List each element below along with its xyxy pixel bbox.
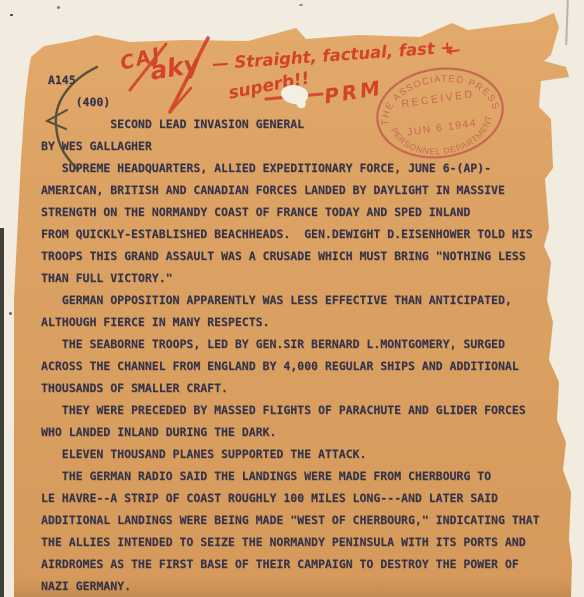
- dust-speck: [10, 14, 13, 16]
- stamp-arc-bottom-text: PERSONNEL DEPARTMENT: [389, 113, 498, 163]
- typed-line: TROOPS THIS GRAND ASSAULT WAS A CRUSADE …: [41, 245, 540, 267]
- typed-line: THE ALLIES INTENDED TO SEIZE THE NORMAND…: [41, 531, 540, 553]
- typed-line: THE SEABORNE TROOPS, LED BY GEN.SIR BERN…: [41, 333, 540, 355]
- typed-line: GERMAN OPPOSITION APPARENTLY WAS LESS EF…: [41, 289, 540, 311]
- paper-crease-line: [565, 0, 569, 45]
- typed-line: AIRDROMES AS THE FIRST BASE OF THEIR CAM…: [41, 553, 540, 575]
- typed-line: ELEVEN THOUSAND PLANES SUPPORTED THE ATT…: [41, 443, 540, 465]
- received-stamp: THE ASSOCIATED PRESS RECEIVED JUN 6 1944…: [345, 42, 536, 183]
- scan-edge-shadow: [0, 228, 4, 597]
- typed-line: LE HAVRE--A STRIP OF COAST ROUGHLY 100 M…: [41, 487, 540, 509]
- typed-line: NAZI GERMANY.: [41, 575, 540, 597]
- dust-speck: [57, 6, 60, 9]
- dust-speck: [9, 312, 12, 315]
- typed-line: FROM QUICKLY-ESTABLISHED BEACHHEADS. GEN…: [41, 223, 540, 245]
- typed-line: ACROSS THE CHANNEL FROM ENGLAND BY 4,000…: [41, 355, 540, 377]
- typed-line: THOUSANDS OF SMALLER CRAFT.: [41, 377, 540, 399]
- typed-line: ADDITIONAL LANDINGS WERE BEING MADE "WES…: [41, 509, 540, 531]
- typed-line: ALTHOUGH FIERCE IN MANY RESPECTS.: [41, 311, 540, 333]
- typed-line: WHO LANDED INLAND DURING THE DARK.: [41, 421, 540, 443]
- dust-speck: [299, 4, 303, 6]
- typed-line: THEY WERE PRECEDED BY MASSED FLIGHTS OF …: [41, 399, 540, 421]
- scan-background: A145 (400) SECOND LEAD INVASION GENERALB…: [0, 0, 584, 597]
- typed-line: AMERICAN, BRITISH AND CANADIAN FORCES LA…: [41, 179, 540, 201]
- typed-line: STRENGTH ON THE NORMANDY COAST OF FRANCE…: [41, 201, 540, 223]
- stamp-date-text: JUN 6 1944: [406, 117, 477, 139]
- typed-line: THE GERMAN RADIO SAID THE LANDINGS WERE …: [41, 465, 540, 487]
- typed-line: THAN FULL VICTORY.": [41, 267, 540, 289]
